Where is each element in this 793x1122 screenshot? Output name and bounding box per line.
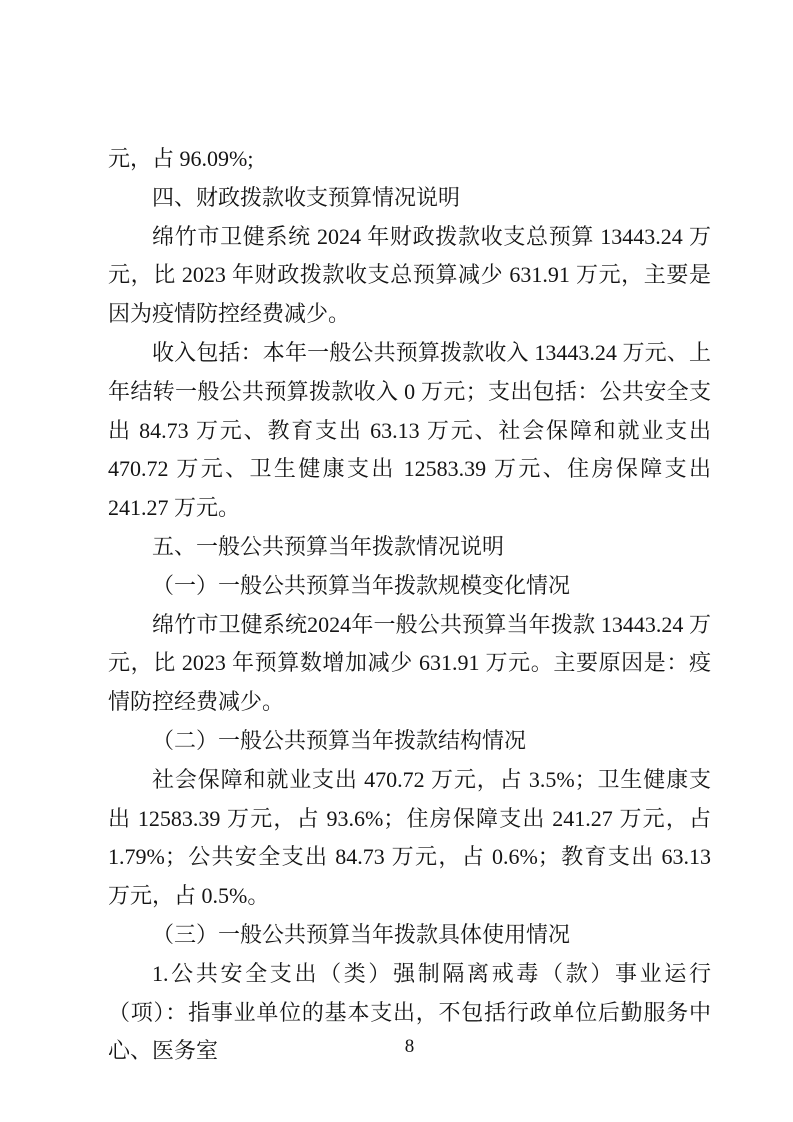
paragraph-scale-change-detail: 绵竹市卫健系统2024年一般公共预算当年拨款 13443.24 万元，比 202… [108, 606, 711, 722]
paragraph-continuation-percent: 元，占 96.09%; [108, 140, 711, 179]
page-number: 8 [108, 1037, 711, 1056]
section-heading-5-general-public-budget: 五、一般公共预算当年拨款情况说明 [108, 528, 711, 567]
paragraph-structure-detail: 社会保障和就业支出 470.72 万元，占 3.5%；卫生健康支出 12583.… [108, 761, 711, 916]
sub-heading-1-scale-change: （一）一般公共预算当年拨款规模变化情况 [108, 567, 711, 606]
paragraph-total-budget-overview: 绵竹市卫健系统 2024 年财政拨款收支总预算 13443.24 万元，比 20… [108, 218, 711, 334]
document-page: 元，占 96.09%; 四、财政拨款收支预算情况说明 绵竹市卫健系统 2024 … [0, 0, 793, 1122]
sub-heading-2-structure: （二）一般公共预算当年拨款结构情况 [108, 722, 711, 761]
sub-heading-3-specific-usage: （三）一般公共预算当年拨款具体使用情况 [108, 916, 711, 955]
paragraph-income-expenditure-breakdown: 收入包括：本年一般公共预算拨款收入 13443.24 万元、上年结转一般公共预算… [108, 334, 711, 528]
document-body: 元，占 96.09%; 四、财政拨款收支预算情况说明 绵竹市卫健系统 2024 … [108, 140, 711, 1071]
section-heading-4-fiscal-appropriation: 四、财政拨款收支预算情况说明 [108, 179, 711, 218]
